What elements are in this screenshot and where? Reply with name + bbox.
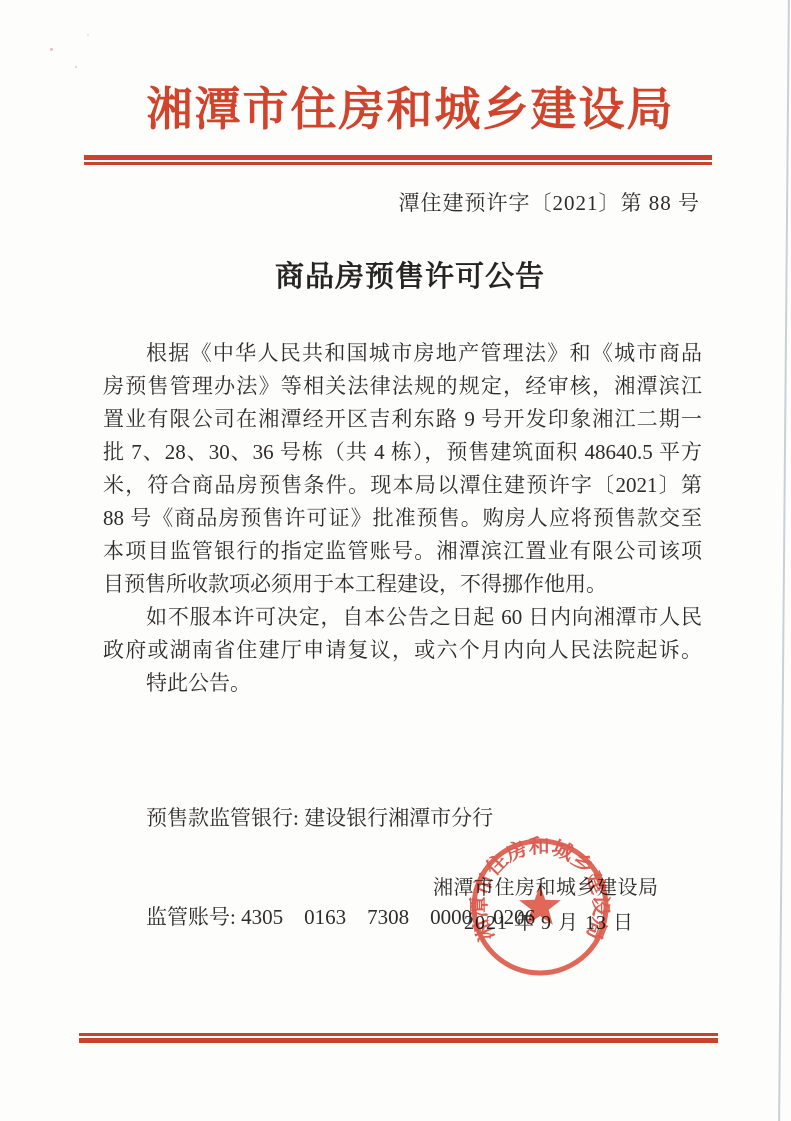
document-number: 潭住建预许字〔2021〕第 88 号	[85, 189, 700, 217]
body-line: 特此公告。	[103, 667, 702, 700]
escrow-bank-line: 预售款监管银行: 建设银行湘潭市分行	[146, 802, 706, 835]
body-line: 政府或湖南省住建厅申请复议，或六个月内向人民法院起诉。	[103, 634, 702, 667]
scan-speck	[50, 48, 53, 51]
announcement-title: 商品房预售许可公告	[85, 257, 712, 297]
body-line: 根据《中华人民共和国城市房地产管理法》和《城市商品	[103, 337, 702, 370]
body-line: 88 号《商品房预售许可证》批准预售。购房人应将预售款交至	[103, 502, 702, 535]
body-line: 米，符合商品房预售条件。现本局以潭住建预许字〔2021〕第	[103, 469, 702, 502]
scan-speck	[87, 34, 89, 36]
escrow-info: 预售款监管银行: 建设银行湘潭市分行 监管账号: 4305 0163 7308 …	[146, 736, 706, 1000]
body-line: 本项目监管银行的指定监管账号。湘潭滨江置业有限公司该项	[103, 535, 702, 568]
footer-double-rule	[79, 1033, 718, 1043]
body-text: 根据《中华人民共和国城市房地产管理法》和《城市商品 房预售管理办法》等相关法律法…	[103, 337, 702, 700]
official-seal: 湘潭市住房和城乡建设局	[460, 827, 620, 987]
agency-letterhead-title: 湘潭市住房和城乡建设局	[85, 80, 712, 140]
scan-speck	[75, 66, 77, 68]
body-line: 如不服本许可决定，自本公告之日起 60 日内向湘潭市人民	[103, 601, 702, 634]
body-line: 置业有限公司在湘潭经开区吉利东路 9 号开发印象湘江二期一	[103, 403, 702, 436]
body-line: 房预售管理办法》等相关法律法规的规定，经审核，湘潭滨江	[103, 370, 702, 403]
body-line: 批 7、28、30、36 号栋（共 4 栋），预售建筑面积 48640.5 平方	[103, 436, 702, 469]
body-line: 目预售所收款项必须用于本工程建设，不得挪作他用。	[103, 568, 702, 601]
scan-edge-line	[778, 0, 790, 1121]
document-page: 湘潭市住房和城乡建设局 潭住建预许字〔2021〕第 88 号 商品房预售许可公告…	[0, 0, 791, 1121]
header-double-rule	[84, 155, 712, 165]
seal-star-icon	[519, 885, 561, 925]
